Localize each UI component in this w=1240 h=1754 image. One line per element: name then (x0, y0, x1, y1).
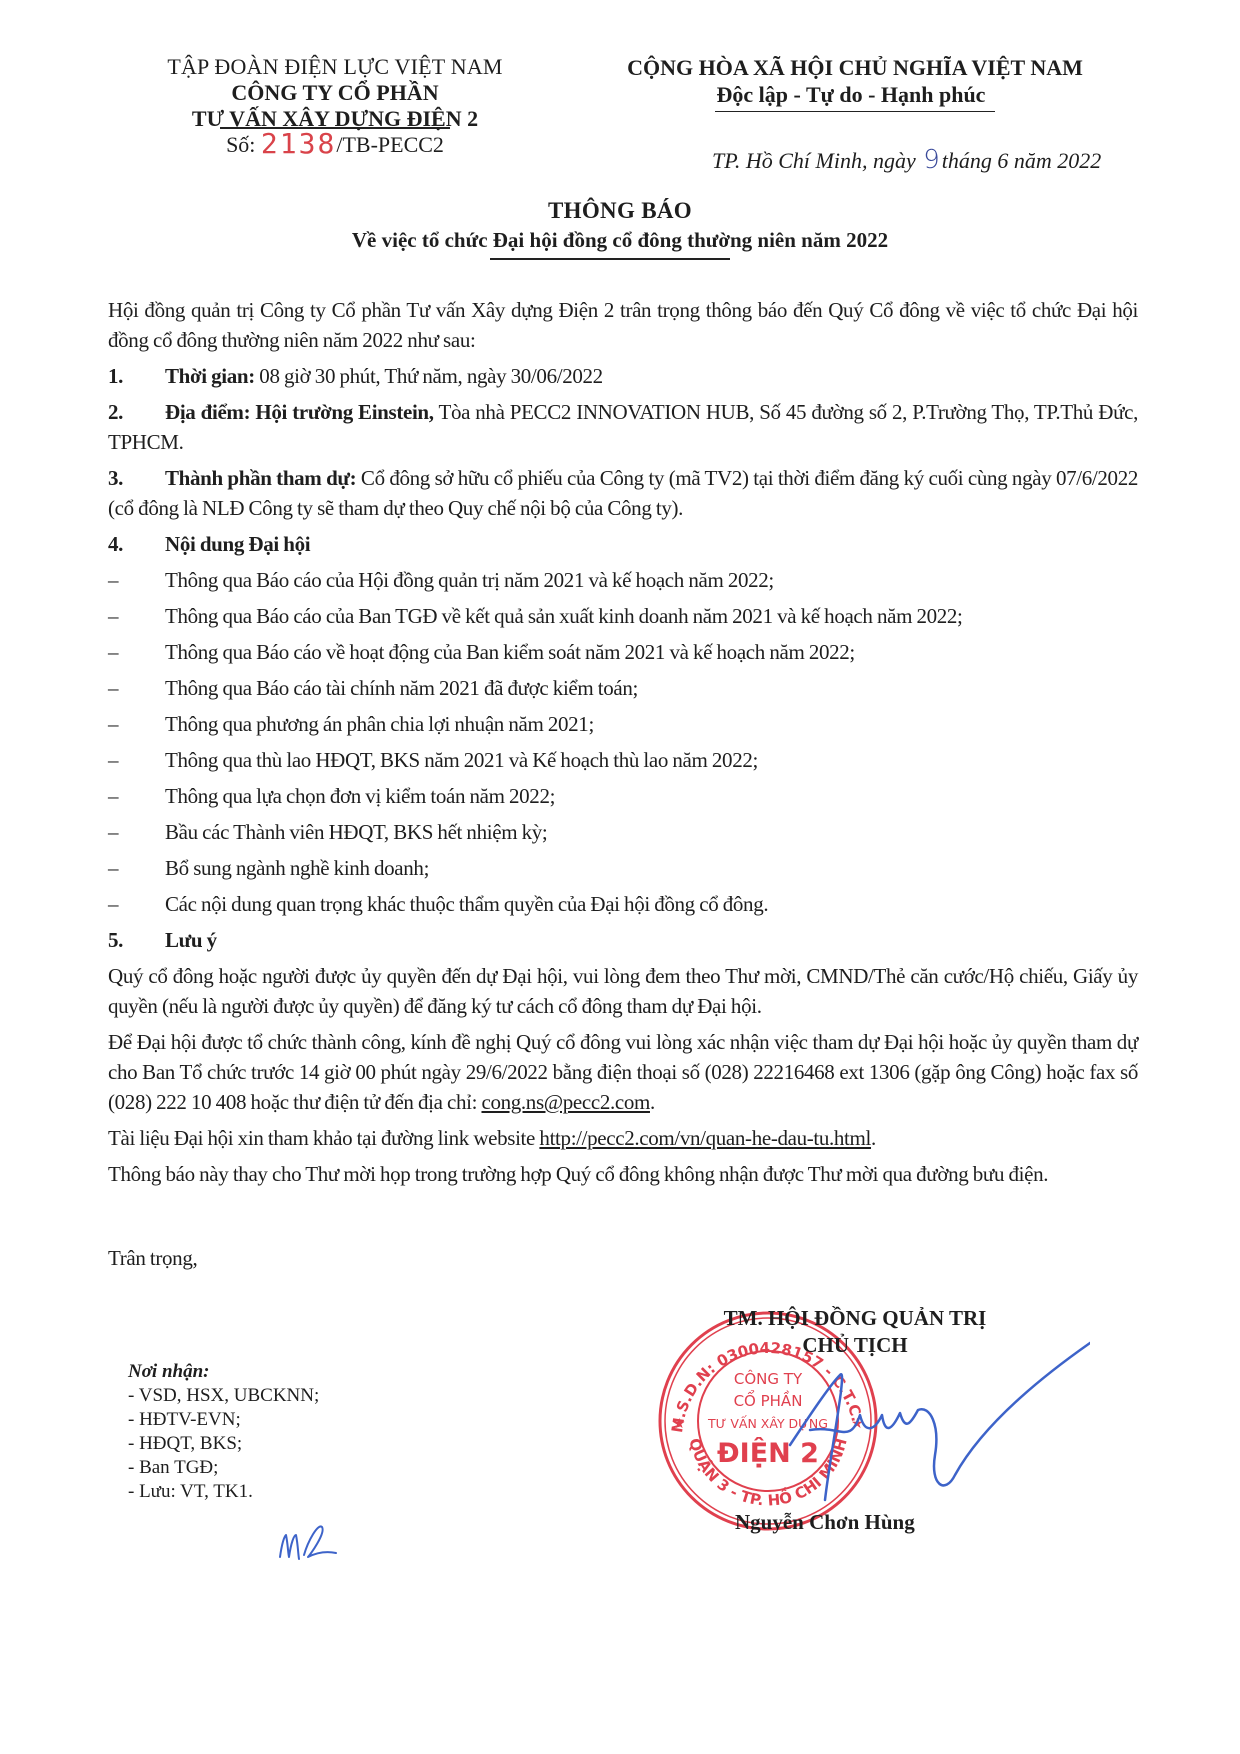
agenda-text: Bổ sung ngành nghề kinh doanh; (165, 853, 1138, 883)
recipient-item: - Ban TGĐ; (128, 1456, 319, 1480)
agenda-item: –Thông qua Báo cáo về hoạt động của Ban … (108, 637, 1138, 667)
item-label: Lưu ý (165, 928, 217, 952)
agenda-item: –Thông qua thù lao HĐQT, BKS năm 2021 và… (108, 745, 1138, 775)
agenda-text: Bầu các Thành viên HĐQT, BKS hết nhiệm k… (165, 817, 1138, 847)
on-behalf-of: TM. HỘI ĐỒNG QUẢN TRỊ (690, 1305, 1020, 1332)
dash-bullet: – (108, 637, 165, 667)
item-number: 3. (108, 463, 165, 493)
recipients-heading: Nơi nhận: (128, 1360, 319, 1384)
dash-bullet: – (108, 709, 165, 739)
document-title-block: THÔNG BÁO Về việc tổ chức Đại hội đồng c… (0, 196, 1240, 260)
agenda-item: –Thông qua lựa chọn đơn vị kiểm toán năm… (108, 781, 1138, 811)
recipient-item: - VSD, HSX, UBCKNN; (128, 1384, 319, 1408)
dash-bullet: – (108, 673, 165, 703)
closing-regards: Trân trọng, (108, 1246, 197, 1271)
agenda-item: –Thông qua Báo cáo tài chính năm 2021 đã… (108, 673, 1138, 703)
national-motto: Độc lập - Tự do - Hạnh phúc (715, 81, 996, 112)
recipient-item: - HĐQT, BKS; (128, 1432, 319, 1456)
title-rule (490, 258, 730, 260)
agenda-text: Thông qua Báo cáo của Hội đồng quản trị … (165, 565, 1138, 595)
item-venue: 2.Địa điểm: Hội trường Einstein, Tòa nhà… (108, 397, 1138, 457)
nation-header: CỘNG HÒA XÃ HỘI CHỦ NGHĨA VIỆT NAM Độc l… (590, 54, 1120, 112)
agenda-item: –Thông qua Báo cáo của Hội đồng quản trị… (108, 565, 1138, 595)
investor-relations-link[interactable]: http://pecc2.com/vn/quan-he-dau-tu.html (539, 1126, 871, 1150)
company-name-line1: CÔNG TY CỔ PHẦN (130, 80, 540, 106)
document-subtitle: Về việc tổ chức Đại hội đồng cổ đông thư… (352, 226, 888, 254)
agenda-item: –Thông qua Báo cáo của Ban TGĐ về kết qu… (108, 601, 1138, 631)
agenda-item: –Bổ sung ngành nghề kinh doanh; (108, 853, 1138, 883)
signer-name: Nguyễn Chơn Hùng (735, 1510, 915, 1535)
dash-bullet: – (108, 889, 165, 919)
item-label: Địa điểm: Hội trường Einstein, (165, 400, 434, 424)
doc-number-handwritten: 2138 (261, 127, 336, 160)
item-notes-heading: 5. Lưu ý (108, 925, 1138, 955)
notes-paragraph-documents: Quý cổ đông hoặc người được ủy quyền đến… (108, 961, 1138, 1021)
agenda-text: Thông qua Báo cáo về hoạt động của Ban k… (165, 637, 1138, 667)
agenda-item: –Bầu các Thành viên HĐQT, BKS hết nhiệm … (108, 817, 1138, 847)
item-label: Nội dung Đại hội (165, 532, 310, 556)
agenda-text: Thông qua lựa chọn đơn vị kiểm toán năm … (165, 781, 1138, 811)
document-number: Số: 2138/TB-PECC2 (130, 130, 540, 158)
date-suffix: tháng 6 năm 2022 (942, 148, 1102, 173)
doc-number-prefix: Số: (226, 132, 255, 157)
punctuation: . (650, 1090, 655, 1114)
item-number: 5. (108, 925, 165, 955)
agenda-list: –Thông qua Báo cáo của Hội đồng quản trị… (108, 565, 1138, 919)
recipient-item: - Lưu: VT, TK1. (128, 1480, 319, 1504)
dash-bullet: – (108, 601, 165, 631)
item-label: Thành phần tham dự: (165, 466, 356, 490)
date-prefix: TP. Hồ Chí Minh, ngày (712, 148, 916, 173)
item-number: 4. (108, 529, 165, 559)
intro-paragraph: Hội đồng quản trị Công ty Cổ phần Tư vấn… (108, 295, 1138, 355)
item-time: 1. Thời gian: 08 giờ 30 phút, Thứ năm, n… (108, 361, 1138, 391)
svg-text:★: ★ (673, 1416, 686, 1432)
dash-bullet: – (108, 853, 165, 883)
nation-name: CỘNG HÒA XÃ HỘI CHỦ NGHĨA VIỆT NAM (590, 54, 1120, 81)
agenda-text: Các nội dung quan trọng khác thuộc thẩm … (165, 889, 1138, 919)
notes-paragraph-substitute: Thông báo này thay cho Thư mời họp trong… (108, 1159, 1138, 1189)
docs-text: Tài liệu Đại hội xin tham khảo tại đường… (108, 1126, 539, 1150)
handwritten-initials-icon (274, 1515, 344, 1565)
agenda-item: –Các nội dung quan trọng khác thuộc thẩm… (108, 889, 1138, 919)
item-number: 2. (108, 397, 165, 427)
notes-paragraph-docs-link: Tài liệu Đại hội xin tham khảo tại đường… (108, 1123, 1138, 1153)
document-body: Hội đồng quản trị Công ty Cổ phần Tư vấn… (108, 295, 1138, 1195)
doc-number-suffix: /TB-PECC2 (336, 132, 444, 157)
item-label: Thời gian: (165, 364, 255, 388)
dash-bullet: – (108, 781, 165, 811)
dash-bullet: – (108, 565, 165, 595)
parent-organization: TẬP ĐOÀN ĐIỆN LỰC VIỆT NAM (130, 54, 540, 80)
notes-paragraph-confirm: Để Đại hội được tổ chức thành công, kính… (108, 1027, 1138, 1117)
agenda-text: Thông qua Báo cáo của Ban TGĐ về kết quả… (165, 601, 1138, 631)
punctuation: . (871, 1126, 876, 1150)
item-number: 1. (108, 361, 165, 391)
issuer-header: TẬP ĐOÀN ĐIỆN LỰC VIỆT NAM CÔNG TY CỔ PH… (130, 54, 540, 158)
contact-email-link[interactable]: cong.ns@pecc2.com (481, 1090, 650, 1114)
agenda-item: –Thông qua phương án phân chia lợi nhuận… (108, 709, 1138, 739)
handwritten-signature-icon (770, 1335, 1090, 1505)
date-day-handwritten: 9 (921, 145, 942, 175)
recipients-block: Nơi nhận: - VSD, HSX, UBCKNN; - HĐTV-EVN… (128, 1360, 319, 1504)
agenda-text: Thông qua Báo cáo tài chính năm 2021 đã … (165, 673, 1138, 703)
item-text: 08 giờ 30 phút, Thứ năm, ngày 30/06/2022 (255, 364, 603, 388)
agenda-text: Thông qua phương án phân chia lợi nhuận … (165, 709, 1138, 739)
agenda-text: Thông qua thù lao HĐQT, BKS năm 2021 và … (165, 745, 1138, 775)
dash-bullet: – (108, 745, 165, 775)
issue-date: TP. Hồ Chí Minh, ngày 9tháng 6 năm 2022 (712, 145, 1101, 175)
item-attendees: 3.Thành phần tham dự: Cổ đông sở hữu cổ … (108, 463, 1138, 523)
document-title: THÔNG BÁO (0, 196, 1240, 226)
item-agenda-heading: 4. Nội dung Đại hội (108, 529, 1138, 559)
dash-bullet: – (108, 817, 165, 847)
recipient-item: - HĐTV-EVN; (128, 1408, 319, 1432)
